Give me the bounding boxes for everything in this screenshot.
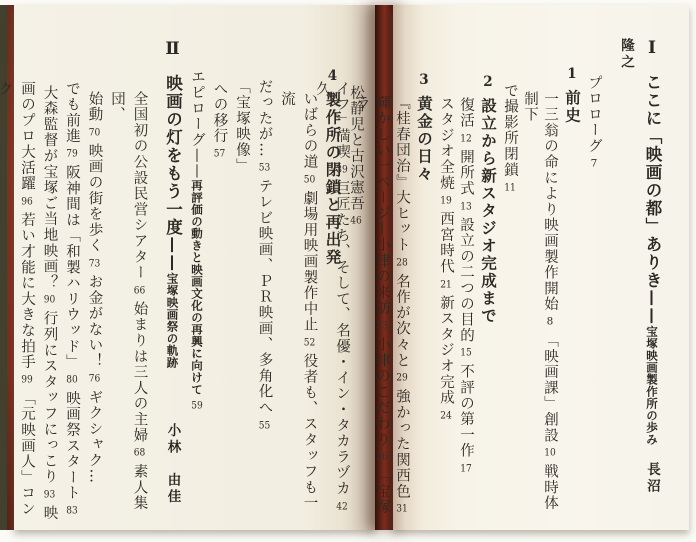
page-number: 99: [21, 374, 33, 385]
toc-text: 開所式: [458, 149, 474, 196]
page-number: 66: [134, 285, 146, 296]
toc-text: 黄金の日々: [415, 96, 434, 184]
book-photo: 松静児と古沢憲吾464製作所の閉鎖と再出発いばらの道50劇場用映画製作中止52役…: [0, 0, 696, 542]
page-number: 21: [440, 279, 452, 290]
toc-text: で撮影所閉鎖: [502, 83, 518, 178]
epilogue-line: エピローグ——再評価の動きと映画文化の再興に向けて59: [186, 13, 209, 524]
page-number: 8: [544, 316, 556, 327]
toc-line: でも前進79阪神間は「和製ハリウッド」80映画祭スタート83: [61, 13, 84, 524]
toc-line: 『桂春団治』大ヒット28名作が次々と29強かった関西色31: [392, 13, 412, 524]
toc-line: への移行57: [208, 13, 231, 524]
toc-text: 強かった関西色: [394, 389, 410, 500]
page-number: 12: [460, 133, 472, 144]
page-number: 68: [134, 447, 146, 458]
page-number: 80: [66, 374, 78, 385]
author-name: 小林 由佳: [165, 423, 181, 506]
page-number: 39: [336, 164, 348, 175]
toc-line: スタジオ全焼19西宮時代21新スタジオ完成24: [436, 13, 456, 524]
right-page: Ⅰここに「映画の都」ありき——宝塚映画製作所の歩み長沼 隆之プロローグ71前史一…: [393, 5, 689, 530]
page-number: 90: [44, 294, 56, 305]
toc-text: テレビ映画、ＰＲ映画、多角化へ: [257, 179, 273, 416]
toc-text: プロローグ: [586, 75, 602, 154]
toc-text: 名作が次々と: [394, 274, 410, 369]
page-number: 11: [504, 182, 516, 193]
open-book-spread: 松静児と古沢憲吾464製作所の閉鎖と再出発いばらの道50劇場用映画製作中止52役…: [0, 5, 689, 530]
chapter-3-heading: 3黄金の日々: [412, 13, 436, 524]
toc-text: ギクシャク…: [87, 390, 103, 485]
page-number: 57: [214, 148, 226, 159]
toc-text: だったが…: [257, 79, 273, 158]
toc-text: 映画祭スタート: [64, 391, 80, 502]
toc-line: 全国初の公設民営シアター66始まりは三人の主婦68素人集団、: [106, 13, 151, 524]
page-number: 96: [21, 196, 33, 207]
toc-text: 前史: [563, 90, 582, 125]
toc-text: 阪神間は「和製ハリウッド」: [64, 165, 80, 370]
toc-line: 一三翁の命により映画製作開始8「映画課」創設10戦時体制下: [520, 13, 560, 524]
page-number: 93: [44, 489, 56, 500]
toc-text: 小津のこだわり: [374, 337, 390, 448]
toc-text: 『桂春団治』大ヒット: [394, 95, 410, 253]
page-number: 17: [460, 463, 472, 474]
toc-text: イフ」満喫: [334, 81, 350, 160]
chapter-1-heading: 1前史: [560, 13, 584, 524]
chapter-number: 2: [480, 75, 496, 89]
toc-text: 新スタジオ完成: [438, 295, 454, 406]
page-number: 83: [66, 505, 78, 516]
page-number: 7: [588, 158, 600, 169]
right-page-toc-text: Ⅰここに「映画の都」ありき——宝塚映画製作所の歩み長沼 隆之プロローグ71前史一…: [393, 13, 665, 524]
page-number: 28: [396, 257, 408, 268]
page-number: 29: [396, 372, 408, 383]
page-number: 31: [396, 503, 408, 514]
toc-text: 「宝塚映像」: [234, 79, 250, 174]
page-number: 13: [460, 201, 472, 212]
page-number: 33: [376, 320, 388, 331]
page-number: 10: [544, 447, 556, 458]
toc-text: 行列にスタッフにっこり: [42, 311, 58, 485]
toc-subtitle: 再評価の動きと映画文化の再興に向けて: [190, 180, 204, 396]
toc-text: 若い才能に大きな拍手: [19, 212, 35, 370]
toc-text: 映画の灯をもう一度——: [164, 75, 183, 273]
toc-text: 「映画課」創設: [542, 333, 558, 444]
chapter-number: 3: [416, 73, 432, 87]
toc-line: 始動70映画の街を歩く73お金がない！76ギクシャク…: [83, 13, 106, 524]
page-number: 79: [66, 148, 78, 159]
page-number: 36: [376, 451, 388, 462]
toc-text: スタジオ全焼: [438, 96, 454, 191]
toc-text: 久: [314, 81, 330, 97]
toc-text: 画のプロ大活躍: [19, 81, 35, 192]
toc-line: で撮影所閉鎖11: [500, 13, 520, 524]
toc-text: 設立の二つの目的: [458, 217, 474, 343]
toc-text: 輝かしい一ページ—小津の来訪: [374, 95, 390, 316]
toc-subtitle: 宝塚映画祭の軌跡: [166, 273, 180, 369]
page-number: 73: [89, 258, 101, 269]
toc-line: だったが…53テレビ映画、ＰＲ映画、多角化へ55「宝塚映像」: [231, 13, 276, 524]
toc-text: への移行: [212, 81, 228, 144]
toc-text: 不評の第一作: [458, 364, 474, 459]
page-number: 42: [336, 501, 348, 512]
page-number: 19: [440, 195, 452, 206]
page-number: 24: [440, 410, 452, 421]
toc-text: ここに「映画の都」ありき——: [643, 74, 662, 326]
part-numeral: Ⅱ: [163, 39, 183, 61]
page-number: 15: [460, 347, 472, 358]
toc-text: 巨匠たち、そして、名優・イン・タカラヅカ: [334, 181, 350, 497]
toc-text: 大森監督が宝塚ご当地映画？: [42, 85, 58, 290]
prologue-line: プロローグ7: [584, 13, 604, 524]
toc-text: 映: [42, 505, 58, 521]
toc-subtitle: 宝塚映画製作所の歩み: [645, 326, 659, 446]
page-number: 59: [191, 400, 203, 411]
toc-text: 始動: [87, 91, 103, 123]
toc-text: 始まりは三人の主婦: [132, 301, 148, 443]
toc-text: 復活: [458, 97, 474, 129]
toc-line: 輝かしい一ページ—小津の来訪33小津のこだわり36「宝塚ラ: [352, 13, 392, 524]
page-number: 76: [89, 373, 101, 384]
page-number: 70: [89, 127, 101, 138]
toc-text: 西宮時代: [438, 211, 454, 274]
toc-text: 設立から新スタジオ完成まで: [479, 98, 498, 326]
toc-text: 全国初の公設民営シアター: [132, 91, 148, 281]
part-2-heading: Ⅱ映画の灯をもう一度——宝塚映画祭の軌跡小林 由佳: [160, 13, 186, 524]
chapter-number: 1: [564, 67, 580, 81]
part-numeral: Ⅰ: [642, 38, 662, 60]
part-1-heading: Ⅰここに「映画の都」ありき——宝塚映画製作所の歩み長沼 隆之: [613, 13, 665, 524]
toc-line: 復活12開所式13設立の二つの目的15不評の第一作17: [456, 13, 476, 524]
chapter-2-heading: 2設立から新スタジオ完成まで: [476, 13, 500, 524]
page-number: 55: [259, 420, 271, 431]
toc-text: でも前進: [64, 81, 80, 144]
toc-text: 映画の街を歩く: [87, 143, 103, 254]
toc-text: お金がない！: [87, 274, 103, 369]
page-number: 53: [259, 162, 271, 173]
toc-text: 一三翁の命により映画製作開始: [542, 91, 558, 312]
toc-text: エピローグ——: [189, 69, 205, 180]
toc-line: イフ」満喫39巨匠たち、そして、名優・イン・タカラヅカ42久: [312, 13, 352, 524]
toc-line: 画のプロ大活躍96若い才能に大きな拍手99「元映画人」コンク: [0, 13, 38, 524]
toc-line: 大森監督が宝塚ご当地映画？90行列にスタッフにっこり93映: [38, 13, 61, 524]
